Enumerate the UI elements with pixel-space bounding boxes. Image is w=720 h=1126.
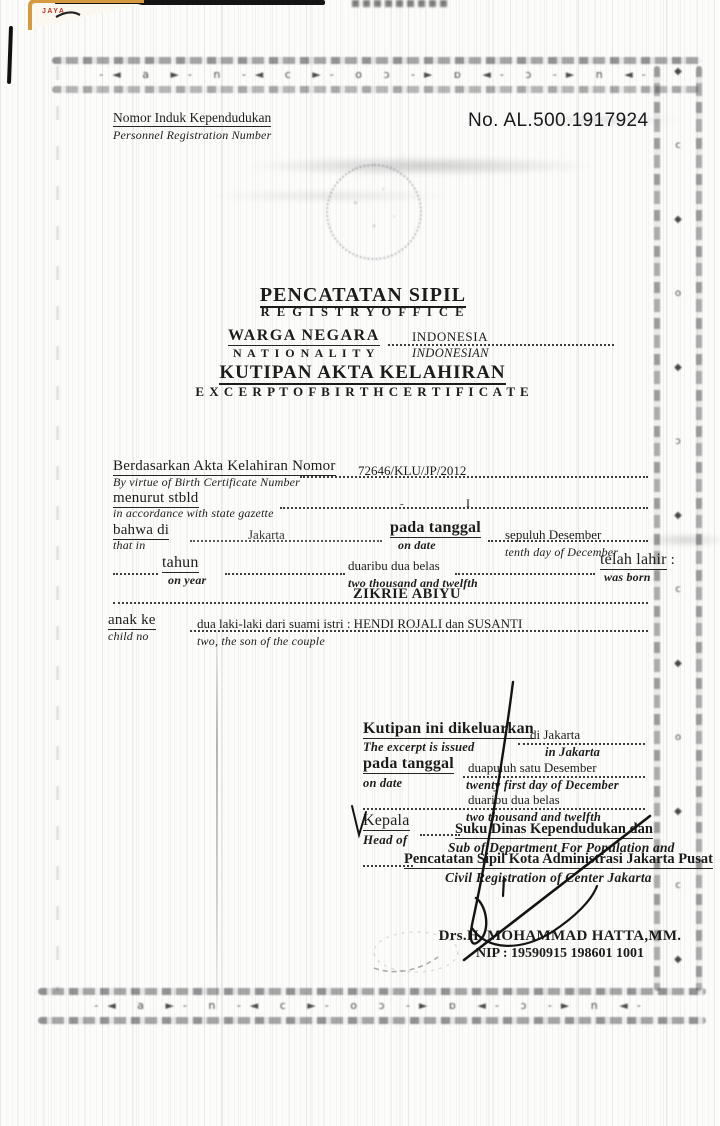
issued-date-label-en: on date: [363, 776, 402, 791]
nationality-value-id: INDONESIA: [412, 329, 488, 345]
scan-artifact-edge-mark: [7, 26, 13, 84]
born-label-id: telah lahir :: [600, 551, 675, 569]
ornamental-border-bottom: -◄ a ►- n -◄ c ►- o ɔ -► ɒ ◄- ɔ -► n ◄-: [38, 988, 706, 1024]
subtitle-birth-certificate-id: KUTIPAN AKTA KELAHIRAN: [175, 362, 550, 384]
childno-value-id: dua laki-laki dari suami istri : HENDI R…: [197, 616, 522, 632]
scan-fold-line: [216, 630, 218, 1010]
border-smudge-line: [38, 988, 706, 995]
nationality-value-en: INDONESIAN: [412, 346, 489, 361]
issued-date-value-id: duapuluh satu Desember: [468, 760, 597, 776]
gazette-label-en: in accordance with state gazette: [113, 506, 274, 521]
title-registry-office-en: R E G I S T R Y O F F I C E: [213, 305, 513, 320]
issued-label-id: Kutipan ini dikeluarkan: [363, 720, 534, 738]
gazette-label-id: menurut stbld: [113, 489, 199, 507]
dotted-rule: [280, 507, 648, 509]
scan-mark-dash: -: [400, 498, 404, 510]
born-colon: :: [671, 552, 675, 568]
dotted-rule: [225, 573, 345, 575]
scan-artifact-faded-print: [352, 0, 447, 7]
year-label-id: tahun: [162, 554, 199, 572]
issued-date-value-en: twenty first day of December: [466, 778, 619, 793]
issued-place-id: di Jakarta: [530, 727, 580, 743]
date-label-en: on date: [398, 538, 436, 553]
childno-label-en: child no: [108, 629, 149, 644]
registration-number-label-en: Personnel Registration Number: [113, 128, 271, 143]
nationality-label-en: N A T I O N A L I T Y: [233, 346, 376, 361]
document-number: No. AL.500.1917924: [468, 110, 648, 132]
office-line2-id: Pencatatan Sipil Kota Administrasi Jakar…: [404, 850, 713, 868]
head-label-id: Kepala: [363, 812, 410, 830]
title-registry-office-id: PENCATATAN SIPIL: [213, 284, 513, 307]
border-smudge-line: [38, 1017, 706, 1024]
border-motif-row: -◄ a ►- n -◄ c ►- o ɔ -► ɒ ◄- ɔ -► n ◄-: [52, 64, 702, 86]
folder-corner-tab: JAYA: [26, 0, 146, 30]
office-line1-id: Suku Dinas Kependudukan dan: [455, 820, 653, 838]
border-motif-row: -◄ a ►- n -◄ c ►- o ɔ -► ɒ ◄- ɔ -► n ◄-: [38, 995, 706, 1017]
signatory-name: Drs.H. MOHAMMAD HATTA,MM.: [430, 928, 690, 945]
dotted-rule: [190, 540, 382, 542]
cert-number-label-id: Berdasarkan Akta Kelahiran Nomor: [113, 457, 336, 475]
date-label-id: pada tanggal: [390, 519, 481, 537]
signatory-nip: NIP : 19590915 198601 1001: [430, 946, 690, 962]
border-smudge-line: [52, 57, 702, 64]
year-value-id: duaribu dua belas: [348, 558, 440, 574]
faint-seal-stamp: [326, 164, 422, 260]
subtitle-birth-certificate-en: E X C E R P T O F B I R T H C E R T I F …: [175, 384, 550, 400]
place-value: Jakarta: [248, 527, 285, 543]
place-label-en: that in: [113, 538, 145, 553]
dotted-rule: [300, 476, 648, 478]
date-value-id: sepuluh Desember: [505, 527, 601, 543]
corner-tab-text: JAYA: [42, 8, 65, 15]
scan-mark-tick: I: [466, 496, 470, 511]
issued-date-label-id: pada tanggal: [363, 755, 454, 773]
childno-value-en: two, the son of the couple: [197, 634, 325, 649]
child-name: ZIKRIE ABIYU: [353, 586, 461, 603]
dotted-rule: [420, 834, 460, 836]
dotted-rule: [455, 573, 595, 575]
childno-label-id: anak ke: [108, 611, 156, 629]
cert-number-value: 72646/KLU/JP/2012: [358, 463, 466, 479]
border-smudge-line: [52, 86, 702, 93]
nationality-label-id: WARGA NEGARA: [228, 327, 380, 345]
place-label-id: bahwa di: [113, 521, 169, 539]
registration-number-label-id: Nomor Induk Kependudukan: [113, 110, 271, 126]
birth-certificate-scan: JAYA -◄ a ►- n -◄ c ►- o ɔ -► ɒ ◄- ɔ -► …: [0, 0, 720, 1126]
issued-place-en: in Jakarta: [545, 745, 600, 760]
ornamental-border-left: [56, 66, 59, 991]
issued-year-value-id: duaribu dua belas: [468, 792, 560, 808]
year-label-en: on year: [168, 573, 206, 588]
issued-label-en: The excerpt is issued: [363, 740, 474, 755]
ornamental-border-top: -◄ a ►- n -◄ c ►- o ɔ -► ɒ ◄- ɔ -► n ◄-: [52, 57, 702, 93]
cert-number-label-en: By virtue of Birth Certificate Number: [113, 475, 300, 490]
head-label-en: Head of: [363, 832, 407, 848]
office-line2-en: Civil Registration of Center Jakarta: [445, 870, 652, 886]
born-label-en: was born: [604, 570, 651, 585]
dotted-rule: [113, 573, 158, 575]
